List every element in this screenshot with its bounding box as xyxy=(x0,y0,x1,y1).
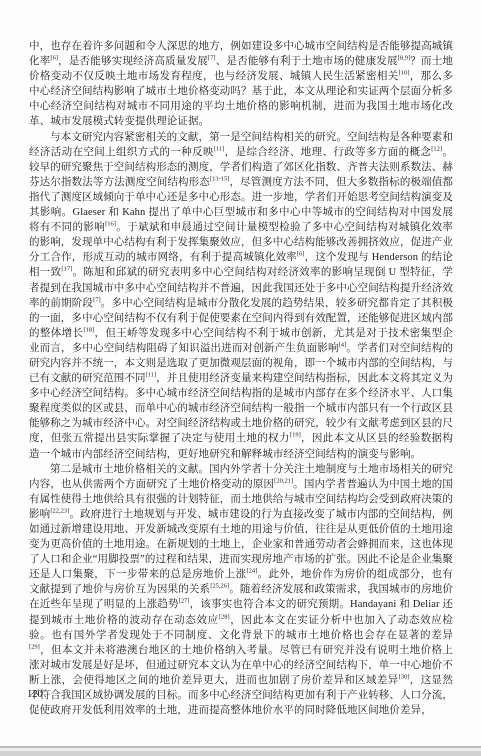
citation-ref: [29] xyxy=(29,643,40,650)
citation-ref: [7] xyxy=(208,55,216,62)
citation-ref: [13-15] xyxy=(210,175,230,182)
citation-ref: [11] xyxy=(146,372,157,379)
paragraph: 第二是城市土地价格相关的文献。国内外学者十分关注土地制度与土地市场相关的研究内容… xyxy=(29,462,453,719)
citation-ref: [25,26] xyxy=(210,583,229,590)
citation-ref: [18] xyxy=(83,326,94,333)
citation-ref: [16] xyxy=(105,221,116,228)
page-number: 120 xyxy=(27,688,43,702)
citation-ref: [12] xyxy=(431,145,442,152)
citation-ref: [6] xyxy=(50,55,58,62)
paragraph: 中，也存在着许多问题和令人深思的地方，例如建设多中心城市空间结构是否能够提高城镇… xyxy=(29,39,453,130)
citation-ref: [28] xyxy=(219,613,230,620)
citation-ref: [10] xyxy=(399,70,410,77)
citation-ref: [11] xyxy=(214,145,225,152)
citation-ref: [22,23] xyxy=(50,507,69,514)
citation-ref: [27] xyxy=(179,598,190,605)
citation-ref: [19] xyxy=(290,432,301,439)
paragraph: 与本文研究内容紧密相关的文献，第一是空间结构相关的研究。空间结构是各种要素和经济… xyxy=(29,130,453,462)
citation-ref: [20,21] xyxy=(274,477,293,484)
citation-ref: [4] xyxy=(339,341,347,348)
citation-ref: [30] xyxy=(399,673,410,680)
citation-ref: [7] xyxy=(93,296,101,303)
citation-ref: [17] xyxy=(61,266,72,273)
citation-ref: [24] xyxy=(246,568,257,575)
page-bottom-edge xyxy=(0,746,481,756)
citation-ref: [8,9] xyxy=(398,55,410,62)
citation-ref: [6] xyxy=(297,251,305,258)
text-body: 中，也存在着许多问题和令人深思的地方，例如建设多中心城市空间结构是否能够提高城镇… xyxy=(29,39,453,718)
scanned-document-page: 中，也存在着许多问题和令人深思的地方，例如建设多中心城市空间结构是否能够提高城镇… xyxy=(0,0,481,756)
